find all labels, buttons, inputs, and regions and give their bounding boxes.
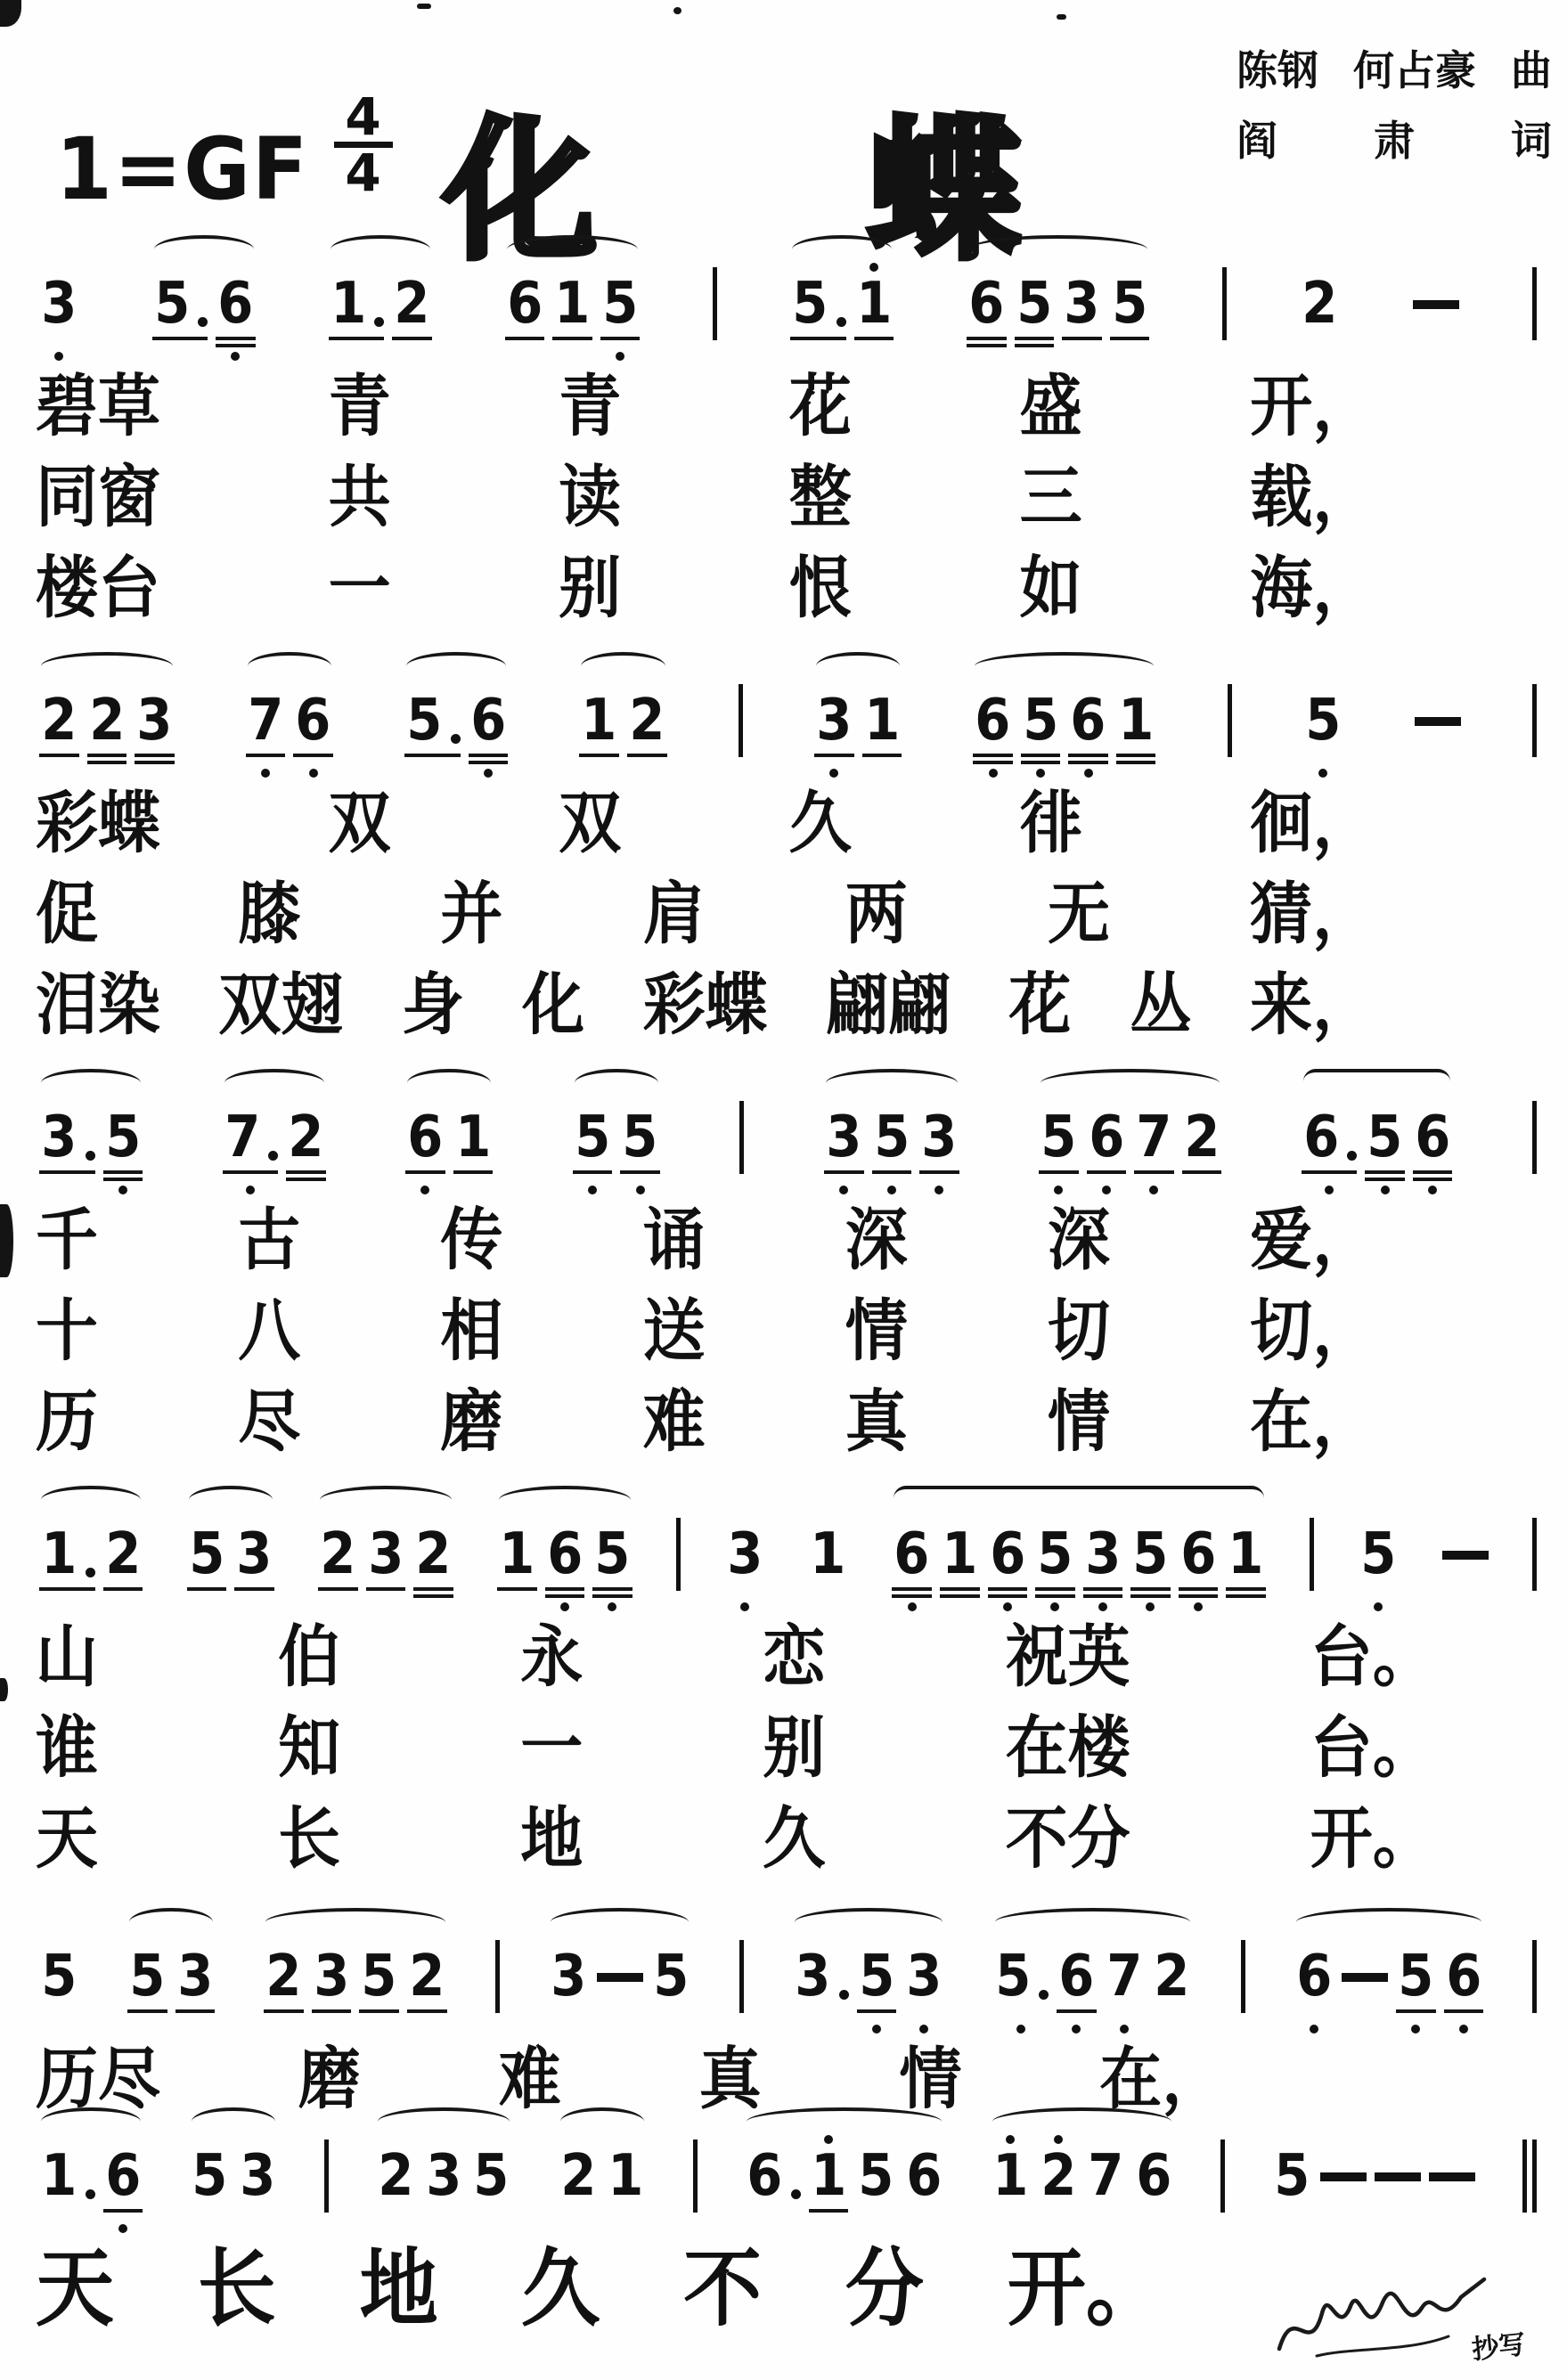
note: 6 — [469, 677, 509, 780]
lyric-syllable: 古 — [238, 1195, 300, 1288]
beam-underlines — [1015, 337, 1055, 349]
note-digit: 3 — [236, 1525, 272, 1585]
note-digit: 5 — [995, 1947, 1031, 2008]
scan-artifact — [1057, 14, 1066, 20]
beam-underlines — [424, 2209, 464, 2221]
note-body: 5 — [600, 274, 641, 335]
beam-underline — [39, 754, 79, 757]
lyric-syllable: 不 — [683, 2233, 762, 2349]
note-digit: 2 — [629, 691, 665, 752]
octave-dot-low — [1459, 2025, 1468, 2034]
note-group: 35 — [39, 1067, 143, 1197]
note: 6 — [973, 677, 1013, 780]
note-body: 5 — [592, 1525, 633, 1585]
barline — [495, 1940, 500, 2013]
note-body: 5 — [1396, 1947, 1436, 2008]
note-body: 2 — [376, 2147, 416, 2207]
beam-underline — [286, 1170, 326, 1174]
composer-name-1: 陈钢 — [1236, 48, 1318, 94]
beam-underline — [366, 1587, 406, 1591]
note-group: 656 — [1302, 1067, 1453, 1197]
lyric-syllable: 切， — [1250, 1286, 1375, 1379]
beam-underlines — [892, 1587, 932, 1600]
note-digit: 6 — [217, 274, 253, 335]
note-digit: 5 — [406, 691, 442, 752]
note: 6 — [904, 2132, 944, 2236]
note-digit: 6 — [990, 1525, 1025, 1585]
note — [1442, 1511, 1489, 1614]
lyric-line: 天长地久不分开。 — [36, 1797, 1435, 1887]
note — [1429, 2132, 1475, 2236]
beam-underline — [469, 754, 509, 757]
note: 5 — [404, 677, 461, 780]
lyric-syllable: 真 — [845, 1377, 908, 1470]
lyric-syllable: 青 — [329, 362, 391, 454]
note-digit: 5 — [859, 1947, 894, 2008]
notation-line: 5532352353535672656 — [36, 1906, 1540, 2036]
lyric-syllable: 天 — [36, 2233, 114, 2349]
note-group: 6561 — [973, 650, 1155, 780]
note-digit: 3 — [240, 2147, 275, 2207]
beam-underline — [1444, 2009, 1484, 2013]
music-system-3: 357261553535672656千古传诵深深爱，十八相送情切切，历尽磨难真情… — [36, 1067, 1540, 1470]
notation-line: 356126155165352 — [36, 233, 1540, 363]
note-digit: 5 — [1360, 1525, 1396, 1585]
slur-arc — [992, 2107, 1171, 2136]
note-digit: 2 — [105, 1525, 141, 1585]
note-group: 53 — [190, 2106, 277, 2236]
lyric-syllable: 开， — [1250, 362, 1375, 454]
note-body: 5 — [1130, 1525, 1171, 1585]
note-digit: 2 — [41, 691, 77, 752]
note: 1 — [39, 1511, 95, 1614]
beam-underline — [545, 1587, 585, 1591]
note: 1 — [809, 2132, 849, 2236]
note: 5 — [1396, 1933, 1436, 2036]
octave-dot-low — [118, 1186, 127, 1194]
lyric-syllable: 诵 — [643, 1195, 706, 1288]
note-body: 6 — [1413, 1108, 1453, 1169]
duration-dash — [1415, 717, 1461, 726]
note-digit: 1 — [1228, 1525, 1263, 1585]
beam-underline — [573, 1170, 613, 1174]
beam-underlines — [103, 1587, 143, 1600]
barline — [739, 684, 743, 757]
beam-underlines — [824, 1170, 864, 1183]
note-body: 6 — [988, 1525, 1028, 1585]
note-body: 5 — [620, 1108, 660, 1169]
duration-dash — [1320, 2172, 1367, 2181]
beam-underline — [988, 1587, 1028, 1591]
beam-underlines — [745, 2209, 801, 2221]
beam-underline — [1039, 1170, 1079, 1174]
beam-underline — [127, 2009, 167, 2013]
octave-dot-low — [261, 769, 270, 778]
octave-dot-low — [1381, 1186, 1390, 1194]
note-digit: 1 — [499, 1525, 535, 1585]
note: 3 — [793, 1933, 849, 2036]
duration-dash — [1413, 300, 1459, 309]
note: 1 — [1116, 677, 1156, 780]
note-body: 1 — [940, 1525, 980, 1585]
note-digit: 7 — [1136, 1108, 1171, 1169]
note-digit: 2 — [89, 691, 125, 752]
slur-arc — [41, 652, 173, 681]
octave-dot-low — [1016, 2025, 1025, 2034]
note-body: 5 — [1359, 1525, 1399, 1585]
beam-underlines — [1365, 1170, 1405, 1183]
note-body: 6 — [1057, 1947, 1097, 2008]
barline — [1532, 1101, 1537, 1174]
beam-underlines — [39, 754, 79, 766]
octave-dot-low — [1098, 1602, 1107, 1611]
music-system-2: 2237656123165615彩蝶双双久徘徊，促膝并肩两无猜，泪染双翅身化彩蝶… — [36, 650, 1540, 1053]
beam-underlines — [1442, 1587, 1489, 1600]
composer-name-2: 何占豪 — [1353, 48, 1476, 94]
note-body: 7 — [246, 691, 286, 752]
note: 3 — [135, 677, 175, 780]
note-body: 1 — [579, 691, 619, 752]
note: 3 — [39, 1094, 95, 1197]
note-digit: 1 — [41, 1525, 77, 1585]
note-digit: 2 — [378, 2147, 413, 2207]
beam-underline — [453, 1170, 494, 1174]
barline — [1310, 1518, 1314, 1591]
lyric-syllable: 久 — [789, 778, 852, 871]
note-body: 5 — [1303, 691, 1343, 752]
key-signature-text: 1=GF — [55, 126, 309, 212]
beam-underline — [223, 1170, 279, 1174]
note-body: 6 — [216, 274, 256, 335]
note-body: 3 — [238, 2147, 278, 2207]
octave-dot-low — [1054, 1186, 1063, 1194]
lyric-syllable: 地 — [360, 2233, 438, 2349]
beam-underline — [857, 2009, 897, 2013]
note-body: 3 — [1062, 274, 1102, 335]
lyric-syllable: 一 — [520, 1703, 583, 1796]
beam-underlines — [135, 754, 175, 766]
beam-underlines — [312, 2009, 352, 2022]
beam-underline — [600, 337, 641, 340]
beam-underlines — [549, 2009, 589, 2022]
note: 6 — [1302, 1094, 1358, 1197]
beam-underlines — [1226, 1587, 1266, 1600]
beam-underlines — [872, 1170, 912, 1183]
note: 6 — [1294, 1933, 1334, 2036]
note: 5 — [190, 2132, 230, 2236]
note-digit: 5 — [192, 2147, 227, 2207]
note-body: 1 — [1116, 691, 1156, 752]
note-body: 2 — [286, 1108, 326, 1169]
note-digit: 1 — [942, 1525, 977, 1585]
note-digit: 3 — [41, 1108, 77, 1169]
octave-dots-low — [231, 349, 240, 363]
slur-arc — [129, 1908, 213, 1936]
note-digit: 6 — [407, 1108, 443, 1169]
note-digit: 3 — [826, 1108, 861, 1169]
note-body: 6 — [1068, 691, 1108, 752]
octave-dot-low — [1146, 1602, 1155, 1611]
lyric-syllable: 身 — [402, 960, 464, 1053]
octave-dot-low — [1325, 1186, 1334, 1194]
augmentation-dot — [268, 1151, 278, 1161]
note: 1 — [808, 1511, 848, 1614]
lyric-syllable: 两 — [845, 869, 908, 962]
note-body: 2 — [87, 691, 127, 752]
note-group: 235 — [376, 2106, 511, 2236]
lyric-line: 促膝并肩两无猜， — [36, 873, 1375, 962]
barline — [1222, 267, 1227, 340]
beam-underlines — [973, 754, 1013, 766]
beam-underlines — [940, 1587, 980, 1600]
note: 6 — [1134, 2132, 1174, 2236]
beam-underlines — [318, 1587, 358, 1600]
beam-underline — [1068, 761, 1108, 764]
note-body: 5 — [152, 274, 208, 335]
note: 2 — [413, 1511, 453, 1614]
note: 1 — [552, 260, 592, 363]
note-group: 53 — [127, 1906, 215, 2036]
lyric-syllable: 恨 — [789, 543, 852, 636]
note-body: 5 — [103, 1108, 143, 1169]
octave-dots-low — [1194, 1600, 1203, 1614]
note-digit: 5 — [1367, 1108, 1403, 1169]
note-digit: 2 — [1302, 274, 1338, 335]
slur-arc — [224, 1069, 324, 1097]
beam-underlines — [919, 1170, 959, 1183]
note: 5 — [857, 1933, 897, 2036]
beam-underlines — [1086, 2209, 1126, 2221]
beam-underline — [940, 1587, 980, 1591]
beam-underlines — [904, 2209, 944, 2221]
slur-arc — [816, 652, 900, 681]
notation-line: 165323521615612765 — [36, 2106, 1540, 2236]
note-body: 5 — [404, 691, 461, 752]
note-digit: 6 — [969, 274, 1005, 335]
note-digit: 1 — [455, 1108, 491, 1169]
note: 3 — [725, 1511, 765, 1614]
beam-underline — [1182, 1170, 1222, 1174]
beam-underlines — [1342, 2009, 1388, 2022]
slur-arc — [378, 2107, 510, 2136]
note-group: 6156 — [745, 2106, 943, 2236]
augmentation-dot — [374, 317, 384, 327]
beam-underlines — [808, 1587, 848, 1600]
beam-underline — [175, 2009, 216, 2013]
note: 5 — [1272, 2132, 1312, 2236]
beam-underlines — [392, 337, 432, 349]
note-digit: 3 — [314, 1947, 349, 2008]
lyric-line: 碧草青青花盛开， — [36, 365, 1375, 454]
beam-underlines — [1303, 754, 1343, 766]
note-body: 2 — [559, 2147, 599, 2207]
note: 2 — [407, 1933, 447, 2036]
note-digit: 3 — [906, 1947, 942, 2008]
note-body: 7 — [1105, 1947, 1145, 2008]
note: 2 — [1182, 1094, 1222, 1197]
beam-underlines — [1134, 2209, 1174, 2221]
octave-dots-low — [420, 1183, 429, 1197]
note: 5 — [1130, 1511, 1171, 1614]
slur-arc — [1296, 1908, 1482, 1936]
note-body: 6 — [745, 2147, 801, 2207]
music-system-5: 5532352353535672656历尽磨难真情在， — [36, 1906, 1540, 2127]
beam-underline — [152, 337, 208, 340]
beam-underlines — [187, 1587, 227, 1600]
lyric-syllable: 山 — [36, 1612, 98, 1705]
sheet-music-page: 1=GF 4 4 化 蝶 陈钢 何占豪 曲 阎 肃 词 356126155165… — [0, 0, 1567, 2380]
beam-underlines — [376, 2209, 416, 2221]
lyric-syllable: 花 — [1008, 960, 1071, 1053]
lyric-syllable: 相 — [440, 1286, 502, 1379]
lyric-syllable: 花 — [789, 362, 852, 454]
note-body — [1415, 691, 1461, 752]
scan-artifact — [0, 1678, 8, 1701]
note-group: 51 — [790, 233, 894, 363]
lyric-syllable: 楼台 — [36, 543, 160, 636]
note-body: 5 — [1035, 1525, 1075, 1585]
octave-dot-low — [1428, 1186, 1437, 1194]
note: 6 — [1413, 1094, 1453, 1197]
beam-underlines — [1272, 2209, 1312, 2221]
duration-dash — [1375, 2172, 1421, 2181]
note-body: 5 — [1365, 1108, 1405, 1169]
octave-dot-low — [934, 1186, 943, 1194]
barline-stroke — [1532, 2140, 1537, 2213]
note-body: 2 — [1039, 2147, 1079, 2207]
note-digit: 3 — [177, 1947, 213, 2008]
lyric-syllable: 无 — [1048, 869, 1110, 962]
note-body: 6 — [967, 274, 1007, 335]
note-digit: 2 — [266, 1947, 302, 2008]
beam-underline — [1021, 754, 1061, 757]
note-body: 6 — [1444, 1947, 1484, 2008]
octave-dot-low — [1318, 769, 1327, 778]
octave-dot-low — [616, 352, 624, 361]
note-digit: 5 — [1041, 1108, 1076, 1169]
beam-underline — [1083, 1594, 1123, 1598]
lyric-syllable: 台。 — [1310, 1612, 1435, 1705]
octave-dot-low — [740, 1602, 749, 1611]
note-body: 3 — [904, 1947, 944, 2008]
lyric-syllable: 彩蝶 — [643, 960, 768, 1053]
beam-underlines — [190, 2209, 230, 2221]
note-digit: 5 — [1112, 274, 1147, 335]
note: 5 — [1015, 260, 1055, 363]
note-group: 615 — [505, 233, 641, 363]
lyric-syllable: 长 — [278, 1794, 340, 1887]
note-body: 2 — [407, 1947, 447, 2008]
lyric-syllable: 送 — [643, 1286, 706, 1379]
beam-underlines — [1021, 754, 1061, 766]
note-body: 1 — [497, 1525, 537, 1585]
note-digit: 7 — [248, 691, 283, 752]
beam-underline — [1365, 1178, 1405, 1181]
beam-underline — [824, 1170, 864, 1174]
note-body: 3 — [234, 1525, 274, 1585]
note: 5 — [790, 260, 846, 363]
beam-underline — [1015, 337, 1055, 340]
note-group: 56 — [152, 233, 256, 363]
lyric-syllable: 长 — [198, 2233, 276, 2349]
beam-underlines — [1130, 1587, 1171, 1600]
beam-underline — [1226, 1587, 1266, 1591]
lyricist-credit: 阎 肃 词 — [1236, 118, 1552, 164]
note: 1 — [39, 2132, 95, 2236]
note-digit: 2 — [394, 274, 429, 335]
beam-underline — [1116, 761, 1156, 764]
beam-underlines — [1300, 337, 1340, 349]
note: 5 — [592, 1511, 633, 1614]
note-group: 5 — [39, 1906, 79, 2036]
note: 3 — [238, 2132, 278, 2236]
note: 5 — [651, 1933, 691, 2036]
note-digit: 3 — [41, 274, 77, 335]
beam-underline — [469, 761, 509, 764]
note-digit: 7 — [1088, 2147, 1123, 2207]
beam-underlines — [857, 2009, 897, 2022]
beam-underlines — [407, 2009, 447, 2022]
beam-underlines — [471, 2209, 511, 2221]
octave-dot-low — [989, 769, 998, 778]
note-body: 3 — [814, 691, 854, 752]
lyric-syllable: 尽 — [238, 1377, 300, 1470]
note-digit: 5 — [189, 1525, 224, 1585]
octave-dot-low — [118, 2224, 127, 2233]
beam-underline — [790, 337, 846, 340]
beam-underline — [234, 1587, 274, 1591]
octave-dots-low — [608, 1600, 616, 1614]
lyric-syllable: 地 — [520, 1794, 583, 1887]
note-body: 5 — [651, 1947, 691, 2008]
beam-underlines — [359, 2009, 399, 2022]
beam-underline — [1130, 1594, 1171, 1598]
lyric-syllable: 膝 — [238, 869, 300, 962]
octave-dots-low — [1146, 1600, 1155, 1614]
octave-dot-low — [1374, 1602, 1383, 1611]
octave-dot-low — [1050, 1602, 1059, 1611]
beam-underline — [1087, 1170, 1127, 1174]
octave-dots-low — [1310, 2022, 1318, 2036]
note-body: 5 — [39, 1947, 79, 2008]
note: 6 — [1087, 1094, 1127, 1197]
note-digit: 6 — [507, 274, 543, 335]
beam-underline — [1396, 2009, 1436, 2013]
slur-arc — [581, 652, 665, 681]
octave-dot-low — [636, 1186, 645, 1194]
beam-underline — [413, 1587, 453, 1591]
note: 2 — [1152, 1933, 1192, 2036]
lyric-syllable: 历 — [36, 1377, 98, 1470]
note-body: 5 — [190, 2147, 230, 2207]
lyric-syllable: 盛 — [1020, 362, 1082, 454]
note-group: 353 — [824, 1067, 959, 1197]
octave-dot-low — [908, 1602, 917, 1611]
note: 5 — [1039, 1094, 1079, 1197]
note-group — [1415, 650, 1461, 780]
octave-dots-low — [1381, 1183, 1390, 1197]
transcriber-note: 抄写 — [1470, 2322, 1527, 2367]
lyric-syllable: 如 — [1020, 543, 1082, 636]
beam-underlines — [405, 1170, 445, 1183]
beam-underlines — [1375, 2209, 1421, 2221]
lyric-syllable: 徘 — [1020, 778, 1082, 871]
slur-arc — [189, 1486, 273, 1514]
beam-underlines — [573, 1170, 613, 1183]
scan-artifact — [673, 7, 681, 14]
beam-underlines — [234, 1587, 274, 1600]
slur-arc — [747, 2107, 942, 2136]
